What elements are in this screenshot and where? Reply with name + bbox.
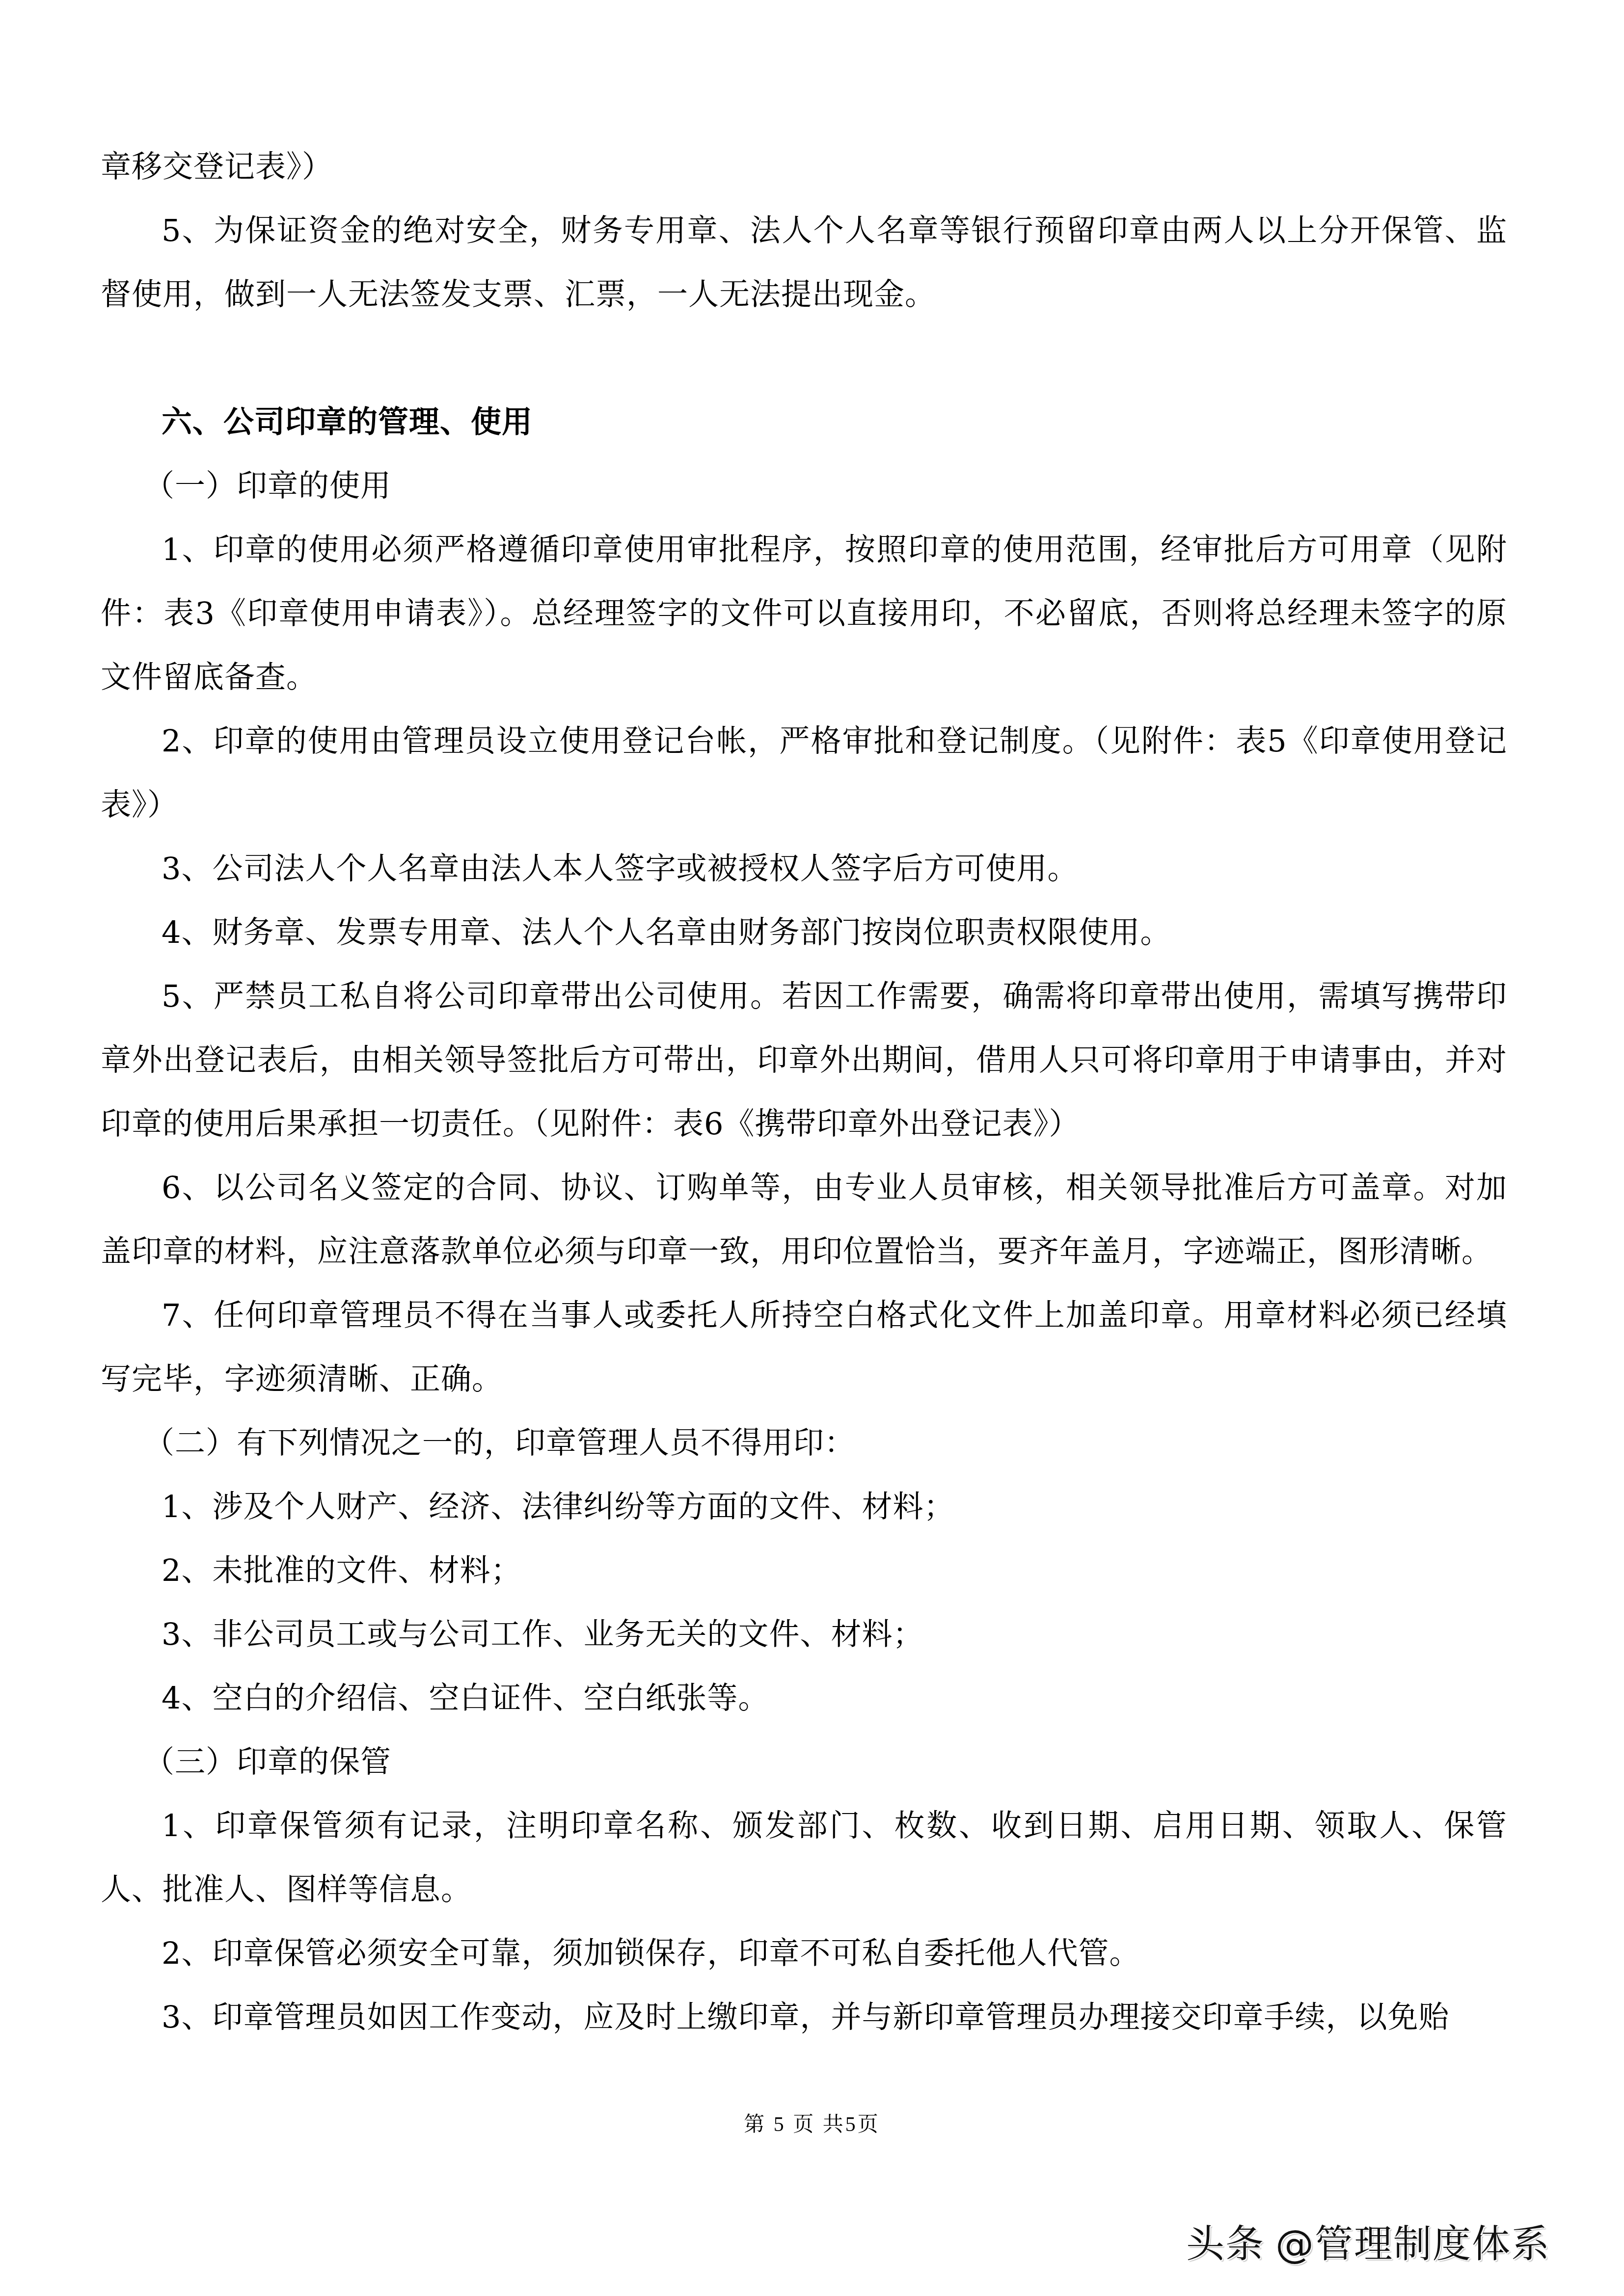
paragraph-continuation: 章移交登记表》）	[101, 135, 1507, 199]
paragraph-item: 3、公司法人个人名章由法人本人签字或被授权人签字后方可使用。	[101, 837, 1507, 901]
page-number-footer: 第 5 页 共5页	[0, 2108, 1624, 2137]
list-item: 1、涉及个人财产、经济、法律纠纷等方面的文件、材料；	[101, 1475, 1507, 1539]
section-heading: 六、公司印章的管理、使用	[101, 390, 1507, 454]
paragraph-item: 1、印章保管须有记录，注明印章名称、颁发部门、枚数、收到日期、启用日期、领取人、…	[101, 1794, 1507, 1922]
paragraph-item: 4、财务章、发票专用章、法人个人名章由财务部门按岗位职责权限使用。	[101, 901, 1507, 964]
watermark-handle: @管理制度体系	[1275, 2222, 1550, 2267]
watermark-brand: 头条	[1186, 2222, 1265, 2267]
paragraph-item: 5、严禁员工私自将公司印章带出公司使用。若因工作需要，确需将印章带出使用，需填写…	[101, 964, 1507, 1156]
sub-heading: （二）有下列情况之一的，印章管理人员不得用印：	[101, 1411, 1507, 1475]
document-page: 章移交登记表》） 5、为保证资金的绝对安全，财务专用章、法人个人名章等银行预留印…	[101, 135, 1507, 2049]
sub-heading: （一）印章的使用	[101, 454, 1507, 518]
paragraph-item: 2、印章保管必须安全可靠，须加锁保存，印章不可私自委托他人代管。	[101, 1922, 1507, 1985]
sub-heading: （三）印章的保管	[101, 1730, 1507, 1794]
paragraph-item: 1、印章的使用必须严格遵循印章使用审批程序，按照印章的使用范围，经审批后方可用章…	[101, 518, 1507, 709]
paragraph-item: 7、任何印章管理员不得在当事人或委托人所持空白格式化文件上加盖印章。用章材料必须…	[101, 1283, 1507, 1411]
watermark: 头条@管理制度体系	[1186, 2214, 1550, 2269]
list-item: 2、未批准的文件、材料；	[101, 1539, 1507, 1602]
paragraph-item: 2、印章的使用由管理员设立使用登记台帐，严格审批和登记制度。（见附件：表5《印章…	[101, 709, 1507, 837]
paragraph-item: 6、以公司名义签定的合同、协议、订购单等，由专业人员审核，相关领导批准后方可盖章…	[101, 1156, 1507, 1283]
list-item: 3、非公司员工或与公司工作、业务无关的文件、材料；	[101, 1602, 1507, 1666]
paragraph-item: 5、为保证资金的绝对安全，财务专用章、法人个人名章等银行预留印章由两人以上分开保…	[101, 199, 1507, 326]
list-item: 4、空白的介绍信、空白证件、空白纸张等。	[101, 1666, 1507, 1730]
paragraph-item: 3、印章管理员如因工作变动，应及时上缴印章，并与新印章管理员办理接交印章手续，以…	[101, 1985, 1507, 2049]
